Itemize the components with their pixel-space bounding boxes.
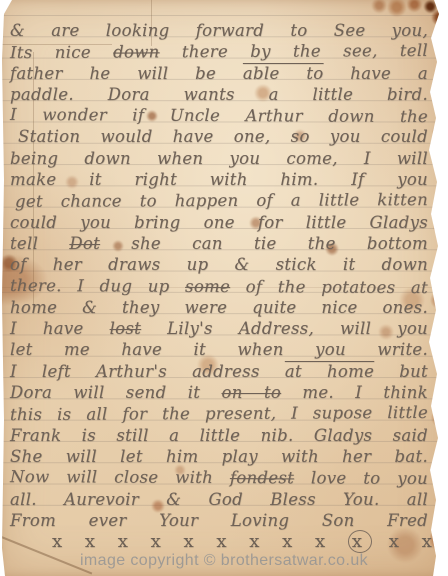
letter-line: could you bring one for little Gladys <box>10 212 428 233</box>
letter-line: being down when you come, I will <box>10 148 428 169</box>
letter-text: & are looking forward to See you,Its nic… <box>10 20 428 552</box>
letter-word-segment: at home <box>285 362 374 381</box>
letter-word-segment: some <box>185 276 230 295</box>
letter-word-segment: home & they were quite nice ones. <box>10 298 428 317</box>
letter-word-segment: let me have it when you write. <box>10 340 428 359</box>
letter-word-segment: I have <box>10 319 110 338</box>
letter-line: I wonder if Uncle Arthur down the <box>10 104 428 127</box>
letter-paper: & are looking forward to See you,Its nic… <box>0 0 448 576</box>
kisses-row: x x x x x x x x x x x x x x x x <box>10 531 428 552</box>
letter-word-segment: of the potatoes at <box>230 277 428 297</box>
letter-word-segment: able to <box>243 64 324 83</box>
letter-word-segment: She will let him play with her bat. <box>10 447 428 466</box>
letter-line: Frank is still a little nib. Gladys said <box>10 425 428 446</box>
letter-word-segment: fondest <box>230 468 294 487</box>
letter-line: father he will be able to have a <box>10 63 428 84</box>
letter-word-segment: Lily's Address, will you <box>141 319 428 338</box>
letter-word-segment: Dora will send it <box>10 383 222 402</box>
letter-word-segment: lost <box>110 319 142 338</box>
letter-line: I left Arthur's address at home but <box>10 361 428 382</box>
letter-word-segment: I left Arthur's address <box>10 362 285 381</box>
letter-word-segment: on to <box>222 383 282 402</box>
letter-word-segment: tell <box>10 234 69 253</box>
letter-line: make it right with him. If you <box>10 169 428 190</box>
letter-line: there. I dug up some of the potatoes at <box>10 274 428 297</box>
letter-line: get chance to happen of a little kitten <box>10 189 428 212</box>
letter-word-segment: all. Aurevoir & God Bless You. all <box>10 490 428 509</box>
letter-word-segment: being down when you come, I will <box>10 149 428 168</box>
letter-word-segment: Its nice <box>10 43 113 63</box>
letter-word-segment: could you bring one for little Gladys <box>10 213 428 232</box>
letter-line: From ever Your Loving Son Fred <box>10 510 428 531</box>
letter-word-segment: get chance to happen of a little kitten <box>15 190 428 211</box>
letter-word-segment: Frank is still a little nib. Gladys said <box>10 426 428 445</box>
letter-line: let me have it when you write. <box>10 339 428 360</box>
letter-line: this is all for the present, I supose li… <box>10 402 428 425</box>
letter-line: paddle. Dora wants a little bird. <box>10 84 428 105</box>
letter-line: I have lost Lily's Address, will you <box>10 318 428 339</box>
letter-word-segment: me. I think <box>281 383 428 402</box>
letter-word-segment: there by the see, tell <box>160 41 429 61</box>
letter-word-segment: Dot <box>69 234 100 253</box>
letter-line: home & they were quite nice ones. <box>10 297 428 318</box>
letter-word-segment: this is all for the present, I supose li… <box>10 403 428 424</box>
letter-word-segment: I wonder if Uncle Arthur down the <box>10 105 428 126</box>
letter-line: of her draws up & stick it down <box>10 254 428 275</box>
letter-word-segment: x x x x x x x x x <box>52 531 348 552</box>
letter-word-segment: x x x x x x <box>372 531 448 552</box>
letter-word-segment: of her draws up & stick it down <box>10 255 428 274</box>
letter-line: Now will close with fondest love to you <box>10 466 428 489</box>
letter-line: tell Dot she can tie the bottom <box>10 233 428 254</box>
letter-line: Dora will send it on to me. I think <box>10 382 428 403</box>
letter-word-segment: Now will close with <box>10 467 230 487</box>
letter-word-segment: From ever Your Loving Son Fred <box>10 511 428 530</box>
letter-word-segment: there. I dug up <box>10 275 185 295</box>
letter-word-segment: paddle. Dora wants a little bird. <box>10 85 428 104</box>
letter-line: all. Aurevoir & God Bless You. all <box>10 489 428 510</box>
letter-line: Station would have one, so you could <box>10 126 428 147</box>
letter-word-segment: make it right with him. If you <box>10 170 428 189</box>
letter-word-segment: x <box>348 530 372 553</box>
letter-word-segment: & are looking forward to See you, <box>10 21 428 40</box>
letter-word-segment: but <box>374 362 428 381</box>
letter-line: Its nice down there by the see, tell <box>10 40 428 63</box>
letter-line: & are looking forward to See you, <box>10 20 428 41</box>
letter-word-segment: down <box>113 43 160 62</box>
letter-word-segment: father he will be <box>10 64 243 83</box>
letter-word-segment: Station would have one, so you could <box>18 127 428 146</box>
copyright-watermark: image copyright © brothersatwar.co.uk <box>0 552 448 570</box>
letter-word-segment: love to you <box>294 469 428 489</box>
letter-word-segment: have a <box>324 64 428 83</box>
letter-word-segment: she can tie the bottom <box>100 234 428 253</box>
letter-line: She will let him play with her bat. <box>10 446 428 467</box>
